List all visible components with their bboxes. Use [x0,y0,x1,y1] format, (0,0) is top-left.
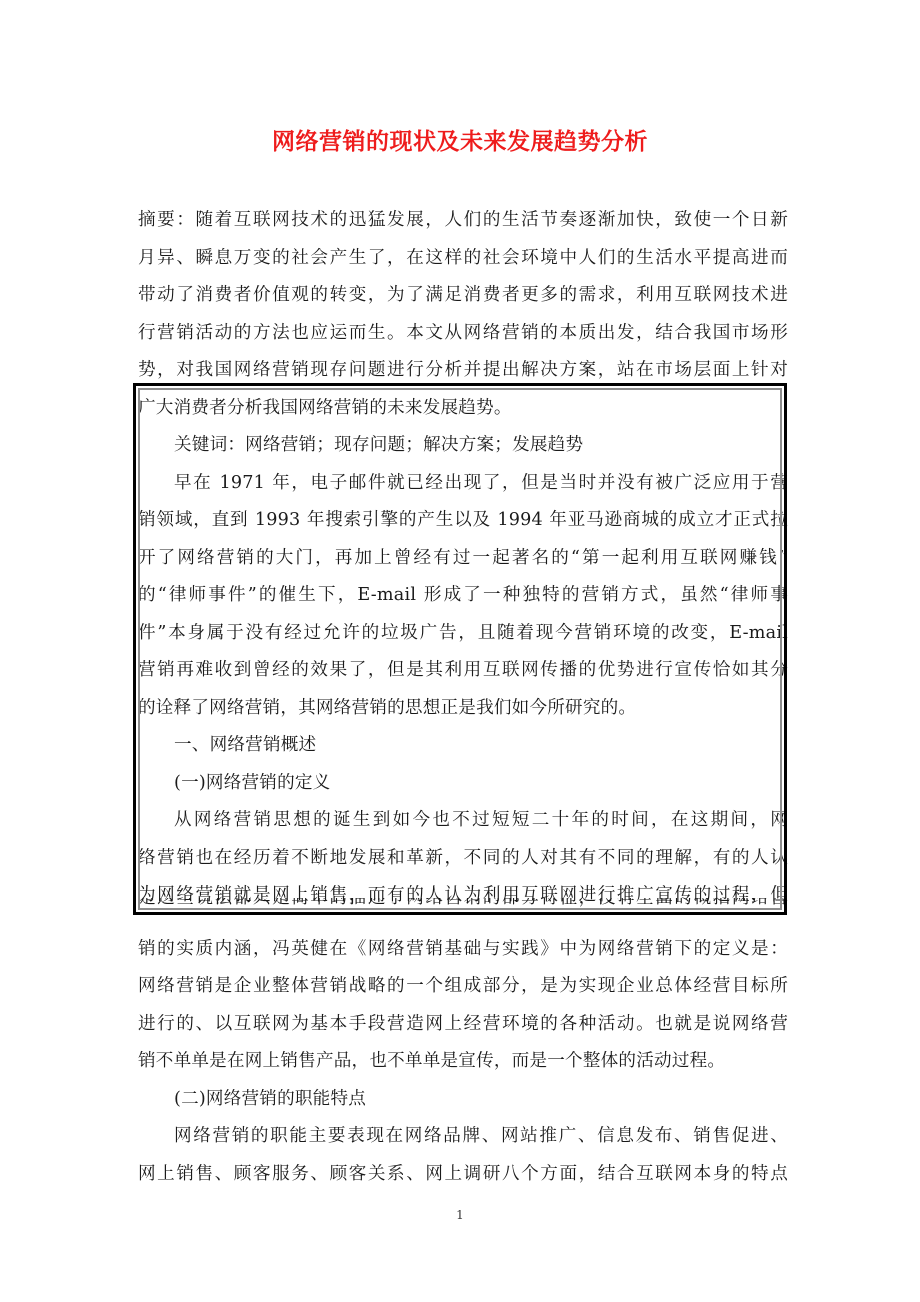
text-line: 早在 1971 年，电子邮件就已经出现了，但是当时并没有被广泛应用于营 [138,465,788,502]
text-line: 带动了消费者价值观的转变，为了满足消费者更多的需求，利用互联网技术进 [138,277,788,314]
text-line: 进行的、以互联网为基本手段营造网上经营环境的各种活动。也就是说网络营 [138,1006,788,1043]
text-line: 摘要：随着互联网技术的迅猛发展，人们的生活节奏逐渐加快，致使一个日新 [138,202,788,239]
section-heading: 一、网络营销概述 [138,727,788,764]
subsection-heading: (一)网络营销的定义 [138,765,788,802]
text-line: 广大消费者分析我国网络营销的未来发展趋势。 [138,390,788,427]
text-line: 销领域，直到 1993 年搜索引擎的产生以及 1994 年亚马逊商城的成立才正式… [138,502,788,539]
text-line: 的“律师事件”的催生下，E-mail 形成了一种独特的营销方式，虽然“律师事 [138,577,788,614]
document-page: 网络营销的现状及未来发展趋势分析 摘要：随着互联网技术的迅猛发展，人们的生活节奏… [0,0,920,1302]
text-line: 开了网络营销的大门，再加上曾经有过一起著名的“第一起利用互联网赚钱” [138,540,788,577]
text-line: 是这些说法都只是简单的描述了网络营销的部分特征，没有全面的概括网络营 [138,898,788,915]
text-line: 势，对我国网络营销现存问题进行分析并提出解决方案，站在市场层面上针对 [138,352,788,389]
text-line: 件”本身属于没有经过允许的垃圾广告，且随着现今营销环境的改变，E-mail [138,615,788,652]
text-line: 从网络营销思想的诞生到如今也不过短短二十年的时间，在这期间，网 [138,802,788,839]
text-line: 销的实质内涵，冯英健在《网络营销基础与实践》中为网络营销下的定义是： [138,931,788,968]
text-line: 销不单单是在网上销售产品，也不单单是宣传，而是一个整体的活动过程。 [138,1043,788,1080]
text-line: 月异、瞬息万变的社会产生了，在这样的社会环境中人们的生活水平提高进而 [138,240,788,277]
text-line: 网络营销的职能主要表现在网络品牌、网站推广、信息发布、销售促进、 [138,1118,788,1155]
subsection-heading: (二)网络营销的职能特点 [138,1081,788,1118]
text-line: 行营销活动的方法也应运而生。本文从网络营销的本质出发，结合我国市场形 [138,315,788,352]
text-line: 的诠释了网络营销，其网络营销的思想正是我们如今所研究的。 [138,690,788,727]
text-line: 网上销售、顾客服务、顾客关系、网上调研八个方面，结合互联网本身的特点 [138,1156,788,1193]
text-line: 营销再难收到曾经的效果了，但是其利用互联网传播的优势进行宣传恰如其分 [138,652,788,689]
text-line: 网络营销是企业整体营销战略的一个组成部分，是为实现企业总体经营目标所 [138,968,788,1005]
document-title: 网络营销的现状及未来发展趋势分析 [0,124,920,160]
page-number: 1 [0,1208,920,1222]
text-line: 络营销也在经历着不断地发展和革新，不同的人对其有不同的理解，有的人认 [138,840,788,877]
keywords-line: 关键词：网络营销；现存问题；解决方案；发展趋势 [138,427,788,464]
text-line-clipped: 是这些说法都只是简单的描述了网络营销的部分特征，没有全面的概括网络营 [138,898,788,915]
